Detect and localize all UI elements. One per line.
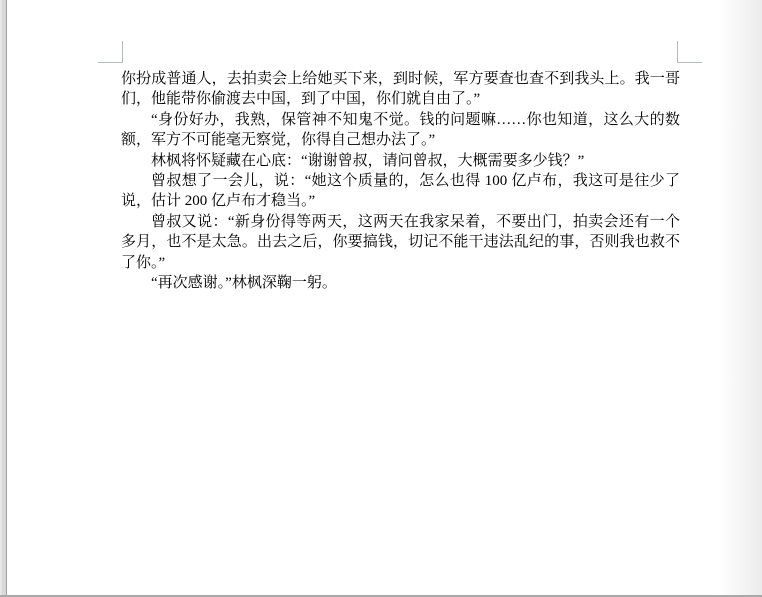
margin-crop-mark-top-left (98, 41, 123, 63)
page-left-edge (0, 0, 7, 597)
paragraph[interactable]: 曾叔想了一会儿，说：“她这个质量的，怎么也得 100 亿卢布，我这可是往少了说，… (121, 171, 680, 212)
page-left-edge-highlight (0, 0, 2, 597)
paragraph[interactable]: “再次感谢。”林枫深鞠一躬。 (121, 273, 680, 293)
document-viewport: 你扮成普通人，去拍卖会上给她买下来，到时候，军方要查也查不到我头上。我一哥们，他… (0, 0, 762, 597)
paragraph[interactable]: 曾叔又说：“新身份得等两天，这两天在我家呆着，不要出门，拍卖会还有一个多月，也不… (121, 212, 680, 273)
paragraph[interactable]: 你扮成普通人，去拍卖会上给她买下来，到时候，军方要查也查不到我头上。我一哥们，他… (121, 69, 680, 110)
paragraph[interactable]: “身份好办，我熟，保管神不知鬼不觉。钱的问题嘛……你也知道，这么大的数额，军方不… (121, 110, 680, 151)
document-text-area[interactable]: 你扮成普通人，去拍卖会上给她买下来，到时候，军方要查也查不到我头上。我一哥们，他… (121, 69, 680, 293)
right-edge-shadow (718, 0, 762, 597)
paragraph[interactable]: 林枫将怀疑藏在心底：“谢谢曾叔，请问曾叔，大概需要多少钱？” (121, 151, 680, 171)
margin-crop-mark-top-right (677, 41, 702, 63)
